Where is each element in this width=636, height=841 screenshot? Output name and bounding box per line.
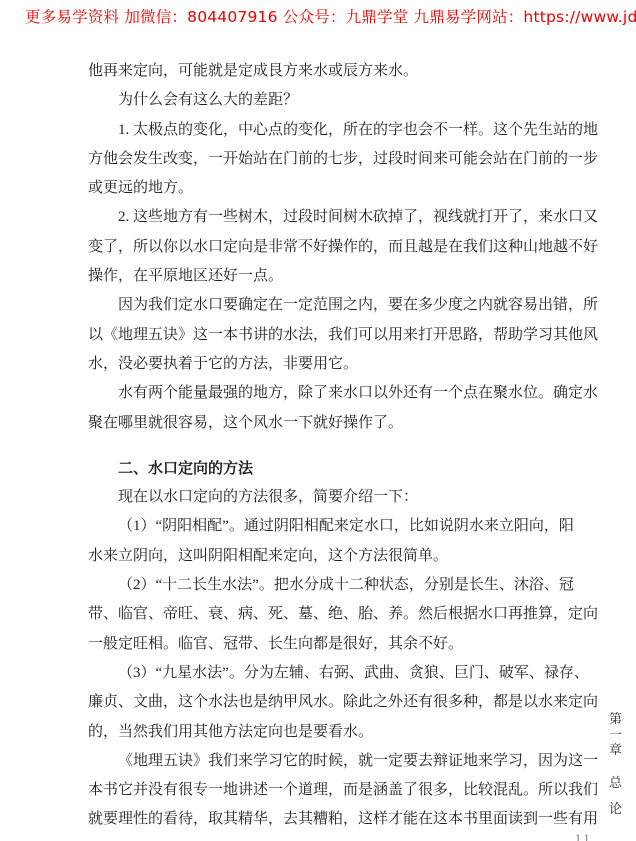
text-line: （1）“阴阳相配”。通过阴阳相配来定水口，比如说阴水来立阳向，阳	[88, 512, 600, 541]
text-line: 方他会发生改变，一开始站在门前的七步，过段时间来可能会站在门前的一步	[88, 145, 600, 174]
chapter-margin-label: 第一章 总论	[607, 711, 624, 822]
text-line: 就要理性的看待，取其精华，去其糟粕，这样才能在这本书里面读到一些有用	[88, 805, 600, 834]
text-line: 1. 太极点的变化，中心点的变化，所在的字也会不一样。这个先生站的地	[88, 116, 600, 145]
text-line: 水来立阴向，这叫阴阳相配来定向，这个方法很简单。	[88, 542, 600, 571]
watermark-header: 更多易学资料 加微信：804407916 公众号：九鼎学堂 九鼎易学网站：htt…	[25, 5, 625, 27]
text-line: 带、临官、帝旺、衰、病、死、墓、绝、胎、养。然后根据水口再推算，定向	[88, 600, 600, 629]
text-line: 廉贞、文曲，这个水法也是纳甲风水。除此之外还有很多种，都是以水来定向	[88, 688, 600, 717]
text-line: 因为我们定水口要确定在一定范围之内，要在多少度之内就容易出错，所	[88, 291, 600, 320]
text-line: （2）“十二长生水法”。把水分成十二种状态，分别是长生、沐浴、冠	[88, 571, 600, 600]
text-line: （3）“九星水法”。分为左辅、右弼、武曲、贪狼、巨门、破军、禄存、	[88, 659, 600, 688]
text-line: 变了，所以你以水口定向是非常不好操作的，而且越是在我们这种山地越不好	[88, 233, 600, 262]
section-title: 总论	[607, 770, 624, 822]
chapter-title: 第一章	[607, 711, 624, 758]
text-line: 以《地理五诀》这一本书讲的水法，我们可以用来打开思路，帮助学习其他风	[88, 321, 600, 350]
text-line: 现在以水口定向的方法很多，简要介绍一下：	[88, 483, 600, 512]
page-body-text: 他再来定向，可能就是定成艮方来水或辰方来水。为什么会有这么大的差距？1. 太极点…	[88, 57, 600, 835]
text-line: 水有两个能量最强的地方，除了来水口以外还有一个点在聚水位。确定水	[88, 379, 600, 408]
text-line: 或更远的地方。	[88, 174, 600, 203]
text-line: 2. 这些地方有一些树木，过段时间树木砍掉了，视线就打开了，来水口又	[88, 203, 600, 232]
text-line: 《地理五诀》我们来学习它的时候，就一定要去辩证地来学习，因为这一	[88, 747, 600, 776]
text-line: 水，没必要执着于它的方法，非要用它。	[88, 350, 600, 379]
text-line: 操作，在平原地区还好一点。	[88, 262, 600, 291]
text-line: 他再来定向，可能就是定成艮方来水或辰方来水。	[88, 57, 600, 86]
text-line: 一般定旺相。临官、冠带、长生向都是很好，其余不好。	[88, 630, 600, 659]
page-number: 11	[575, 831, 593, 841]
text-line: 本书它并没有很专一地讲述一个道理，而是涵盖了很多，比较混乱。所以我们	[88, 776, 600, 805]
section-heading: 二、水口定向的方法	[88, 454, 600, 483]
text-line: 聚在哪里就很容易，这个风水一下就好操作了。	[88, 409, 600, 438]
text-line: 的，当然我们用其他方法定向也是要看水。	[88, 718, 600, 747]
scanned-book-page: { "header": { "text": "更多易学资料 加微信：804407…	[0, 0, 636, 841]
text-line: 为什么会有这么大的差距？	[88, 86, 600, 115]
